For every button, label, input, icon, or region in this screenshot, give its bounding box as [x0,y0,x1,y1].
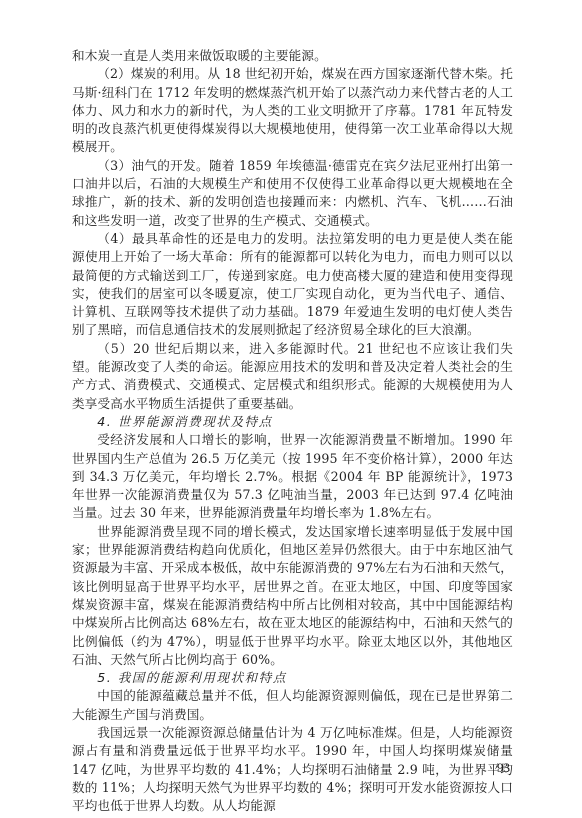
section-heading-world-energy: 4. 世界能源消费现状及特点 [72,413,513,431]
paragraph-china-energy-overview: 中国的能源蕴藏总量并不低，但人均能源资源则偏低，现在已是世界第二大能源生产国与消… [72,687,513,724]
paragraph-coal-utilization: （2）煤炭的利用。从 18 世纪初开始，煤炭在西方国家逐渐代替木柴。托马斯·纽科… [72,65,513,156]
paragraph-china-energy-reserves: 我国远景一次能源资源总储量估计为 4 万亿吨标准煤。但是，人均能源资源占有量和消… [72,724,513,815]
paragraph-multi-energy-era: （5）20 世纪后期以来，进入多能源时代。21 世纪也不应该让我们失望。能源改变… [72,340,513,413]
paragraph-1: 和木炭一直是人类用来做饭取暖的主要能源。 [72,47,513,65]
page-number: 93 [497,760,510,776]
paragraph-electricity-invention: （4）最具革命性的还是电力的发明。法拉第发明的电力更是使人类在能源使用上开始了一… [72,230,513,340]
document-page: 和木炭一直是人类用来做饭取暖的主要能源。 （2）煤炭的利用。从 18 世纪初开始… [72,47,513,815]
section-heading-china-energy: 5. 我国的能源利用现状和特点 [72,669,513,687]
paragraph-world-energy-patterns: 世界能源消费呈现不同的增长模式，发达国家增长速率明显低于发展中国家；世界能源消费… [72,523,513,669]
paragraph-world-energy-growth: 受经济发展和人口增长的影响，世界一次能源消费量不断增加。1990 年世界国内生产… [72,431,513,522]
paragraph-oil-gas-development: （3）油气的开发。随着 1859 年埃德温·德雷克在宾夕法尼亚州打出第一口油井以… [72,157,513,230]
